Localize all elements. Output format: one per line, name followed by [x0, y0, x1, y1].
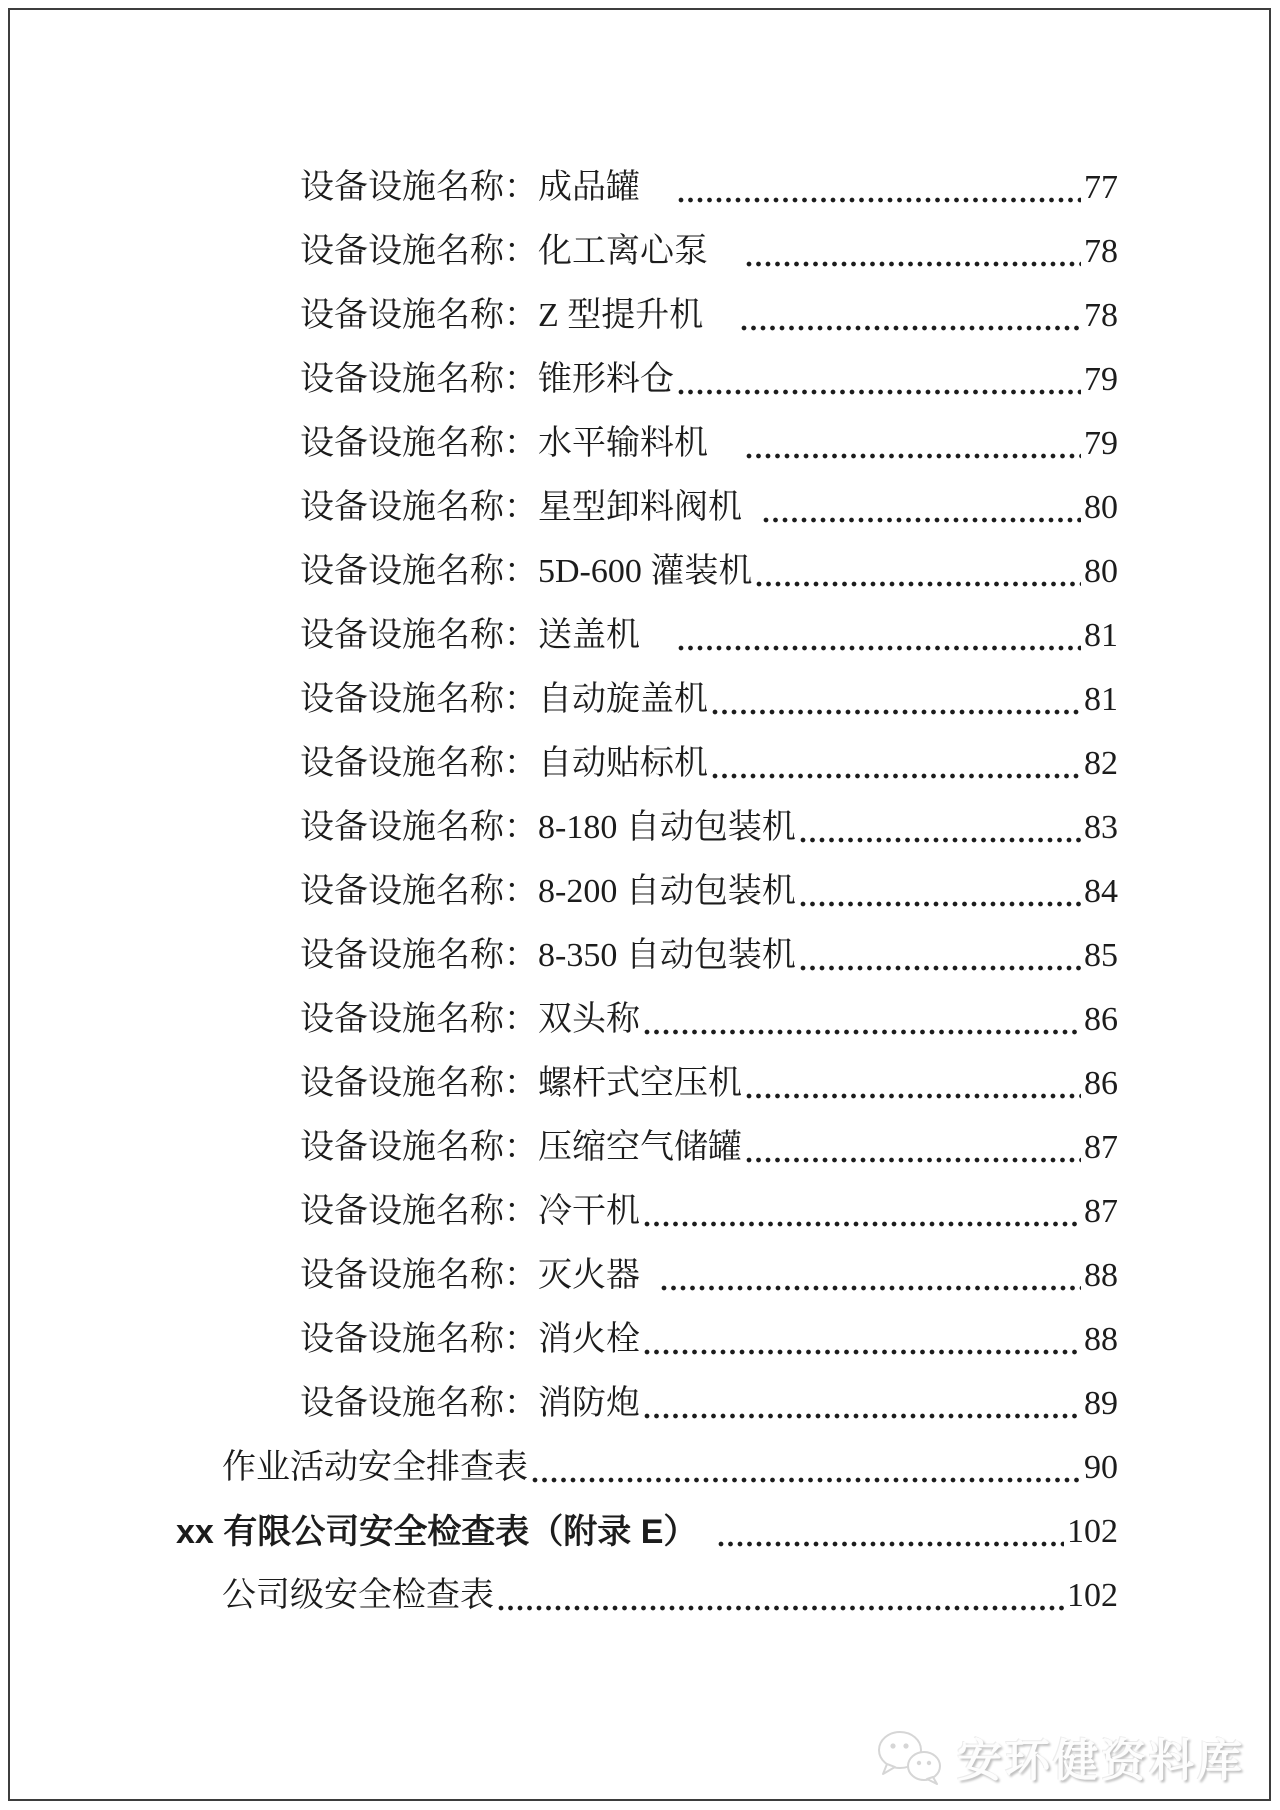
toc-entry: 设备设施名称：消火栓 88 — [176, 1308, 1118, 1372]
toc-entry: 设备设施名称：化工离心泵 78 — [176, 220, 1118, 284]
toc-entry-title: 设备设施名称：5D-600 灌装机 — [300, 540, 752, 604]
toc-entry-page-number: 81 — [1084, 604, 1118, 668]
toc-entry-page-number: 85 — [1084, 924, 1118, 988]
wechat-chat-bubbles-icon — [875, 1728, 945, 1786]
dot-leader — [718, 1541, 1064, 1547]
dot-leader — [741, 325, 1081, 331]
toc-entry-page-number: 86 — [1084, 1052, 1118, 1116]
toc-entry-page-number: 102 — [1067, 1564, 1118, 1628]
dot-leader — [678, 197, 1081, 203]
dot-leader — [800, 837, 1081, 843]
dot-leader — [712, 773, 1081, 779]
dot-leader — [800, 965, 1081, 971]
dot-leader — [763, 517, 1081, 523]
toc-entry-title: 设备设施名称：压缩空气储罐 — [300, 1116, 742, 1180]
toc-entry-title: 设备设施名称：锥形料仓 — [300, 348, 674, 412]
table-of-contents: 设备设施名称：成品罐 77 设备设施名称：化工离心泵 78 设备设施名称：Z 型… — [176, 156, 1118, 1628]
toc-entry-page-number: 80 — [1084, 476, 1118, 540]
toc-entry-title: 设备设施名称：8-200 自动包装机 — [300, 860, 796, 924]
toc-entry: 设备设施名称：冷干机 87 — [176, 1180, 1118, 1244]
toc-entry-page-number: 83 — [1084, 796, 1118, 860]
toc-entry-page-number: 86 — [1084, 988, 1118, 1052]
toc-entry-title: 公司级安全检查表 — [222, 1564, 494, 1628]
dot-leader — [800, 901, 1081, 907]
toc-entry-page-number: 81 — [1084, 668, 1118, 732]
watermark-text: 安环健资料库 — [957, 1724, 1245, 1789]
toc-entry: 设备设施名称：水平输料机 79 — [176, 412, 1118, 476]
toc-entry-page-number: 79 — [1084, 412, 1118, 476]
toc-entry-page-number: 88 — [1084, 1308, 1118, 1372]
toc-entry-page-number: 88 — [1084, 1244, 1118, 1308]
toc-entry: 设备设施名称：消防炮 89 — [176, 1372, 1118, 1436]
toc-entry-page-number: 82 — [1084, 732, 1118, 796]
toc-entry: 设备设施名称：自动贴标机 82 — [176, 732, 1118, 796]
toc-entry-title: 设备设施名称：消防炮 — [300, 1372, 640, 1436]
toc-entry-title: 设备设施名称：8-350 自动包装机 — [300, 924, 796, 988]
toc-entry: 设备设施名称：5D-600 灌装机 80 — [176, 540, 1118, 604]
dot-leader — [644, 1349, 1081, 1355]
toc-entry-title: 设备设施名称：成品罐 — [300, 156, 674, 220]
toc-entry: 公司级安全检查表 102 — [176, 1564, 1118, 1628]
dot-leader — [746, 1157, 1081, 1163]
dot-leader — [746, 453, 1081, 459]
toc-entry-page-number: 90 — [1084, 1436, 1118, 1500]
toc-entry: 设备设施名称：Z 型提升机 78 — [176, 284, 1118, 348]
toc-entry: 设备设施名称：成品罐 77 — [176, 156, 1118, 220]
toc-entry-title: 设备设施名称：自动贴标机 — [300, 732, 708, 796]
toc-entry-page-number: 102 — [1067, 1500, 1118, 1564]
toc-entry-title: 设备设施名称：冷干机 — [300, 1180, 640, 1244]
toc-entry-page-number: 80 — [1084, 540, 1118, 604]
toc-entry: 设备设施名称：锥形料仓 79 — [176, 348, 1118, 412]
toc-entry: 设备设施名称：8-180 自动包装机 83 — [176, 796, 1118, 860]
dot-leader — [746, 261, 1081, 267]
toc-entry-page-number: 78 — [1084, 284, 1118, 348]
dot-leader — [532, 1477, 1081, 1483]
toc-entry-page-number: 79 — [1084, 348, 1118, 412]
dot-leader — [644, 1029, 1081, 1035]
toc-entry: xx 有限公司安全检查表（附录 E） 102 — [176, 1500, 1118, 1564]
toc-entry-title: 设备设施名称：星型卸料阀机 — [300, 476, 759, 540]
dot-leader — [756, 581, 1081, 587]
toc-entry: 设备设施名称：灭火器 88 — [176, 1244, 1118, 1308]
toc-entry-title: 设备设施名称：送盖机 — [300, 604, 674, 668]
dot-leader — [678, 645, 1081, 651]
toc-entry: 设备设施名称：螺杆式空压机 86 — [176, 1052, 1118, 1116]
toc-entry-page-number: 77 — [1084, 156, 1118, 220]
toc-entry: 设备设施名称：压缩空气储罐 87 — [176, 1116, 1118, 1180]
watermark: 安环健资料库 — [875, 1724, 1245, 1789]
toc-entry: 作业活动安全排查表 90 — [176, 1436, 1118, 1500]
toc-entry: 设备设施名称：自动旋盖机 81 — [176, 668, 1118, 732]
toc-entry: 设备设施名称：送盖机 81 — [176, 604, 1118, 668]
toc-entry-title: 设备设施名称：8-180 自动包装机 — [300, 796, 796, 860]
toc-entry-page-number: 87 — [1084, 1116, 1118, 1180]
dot-leader — [746, 1093, 1081, 1099]
toc-entry: 设备设施名称：8-200 自动包装机 84 — [176, 860, 1118, 924]
toc-entry-title: 设备设施名称：自动旋盖机 — [300, 668, 708, 732]
toc-entry-title: 作业活动安全排查表 — [222, 1436, 528, 1500]
toc-entry-title: 设备设施名称：化工离心泵 — [300, 220, 742, 284]
dot-leader — [644, 1413, 1081, 1419]
dot-leader — [678, 389, 1081, 395]
toc-entry: 设备设施名称：8-350 自动包装机 85 — [176, 924, 1118, 988]
toc-entry: 设备设施名称：双头称 86 — [176, 988, 1118, 1052]
toc-entry-page-number: 78 — [1084, 220, 1118, 284]
dot-leader — [712, 709, 1081, 715]
toc-entry: 设备设施名称：星型卸料阀机 80 — [176, 476, 1118, 540]
toc-entry-title: 设备设施名称：水平输料机 — [300, 412, 742, 476]
toc-entry-title: 设备设施名称：双头称 — [300, 988, 640, 1052]
toc-entry-title: xx 有限公司安全检查表（附录 E） — [176, 1500, 714, 1564]
toc-entry-page-number: 89 — [1084, 1372, 1118, 1436]
toc-entry-title: 设备设施名称：消火栓 — [300, 1308, 640, 1372]
toc-entry-page-number: 87 — [1084, 1180, 1118, 1244]
toc-entry-page-number: 84 — [1084, 860, 1118, 924]
dot-leader — [644, 1221, 1081, 1227]
dot-leader — [498, 1605, 1064, 1611]
toc-entry-title: 设备设施名称：灭火器 — [300, 1244, 657, 1308]
dot-leader — [661, 1285, 1081, 1291]
toc-entry-title: 设备设施名称：Z 型提升机 — [300, 284, 737, 348]
toc-entry-title: 设备设施名称：螺杆式空压机 — [300, 1052, 742, 1116]
